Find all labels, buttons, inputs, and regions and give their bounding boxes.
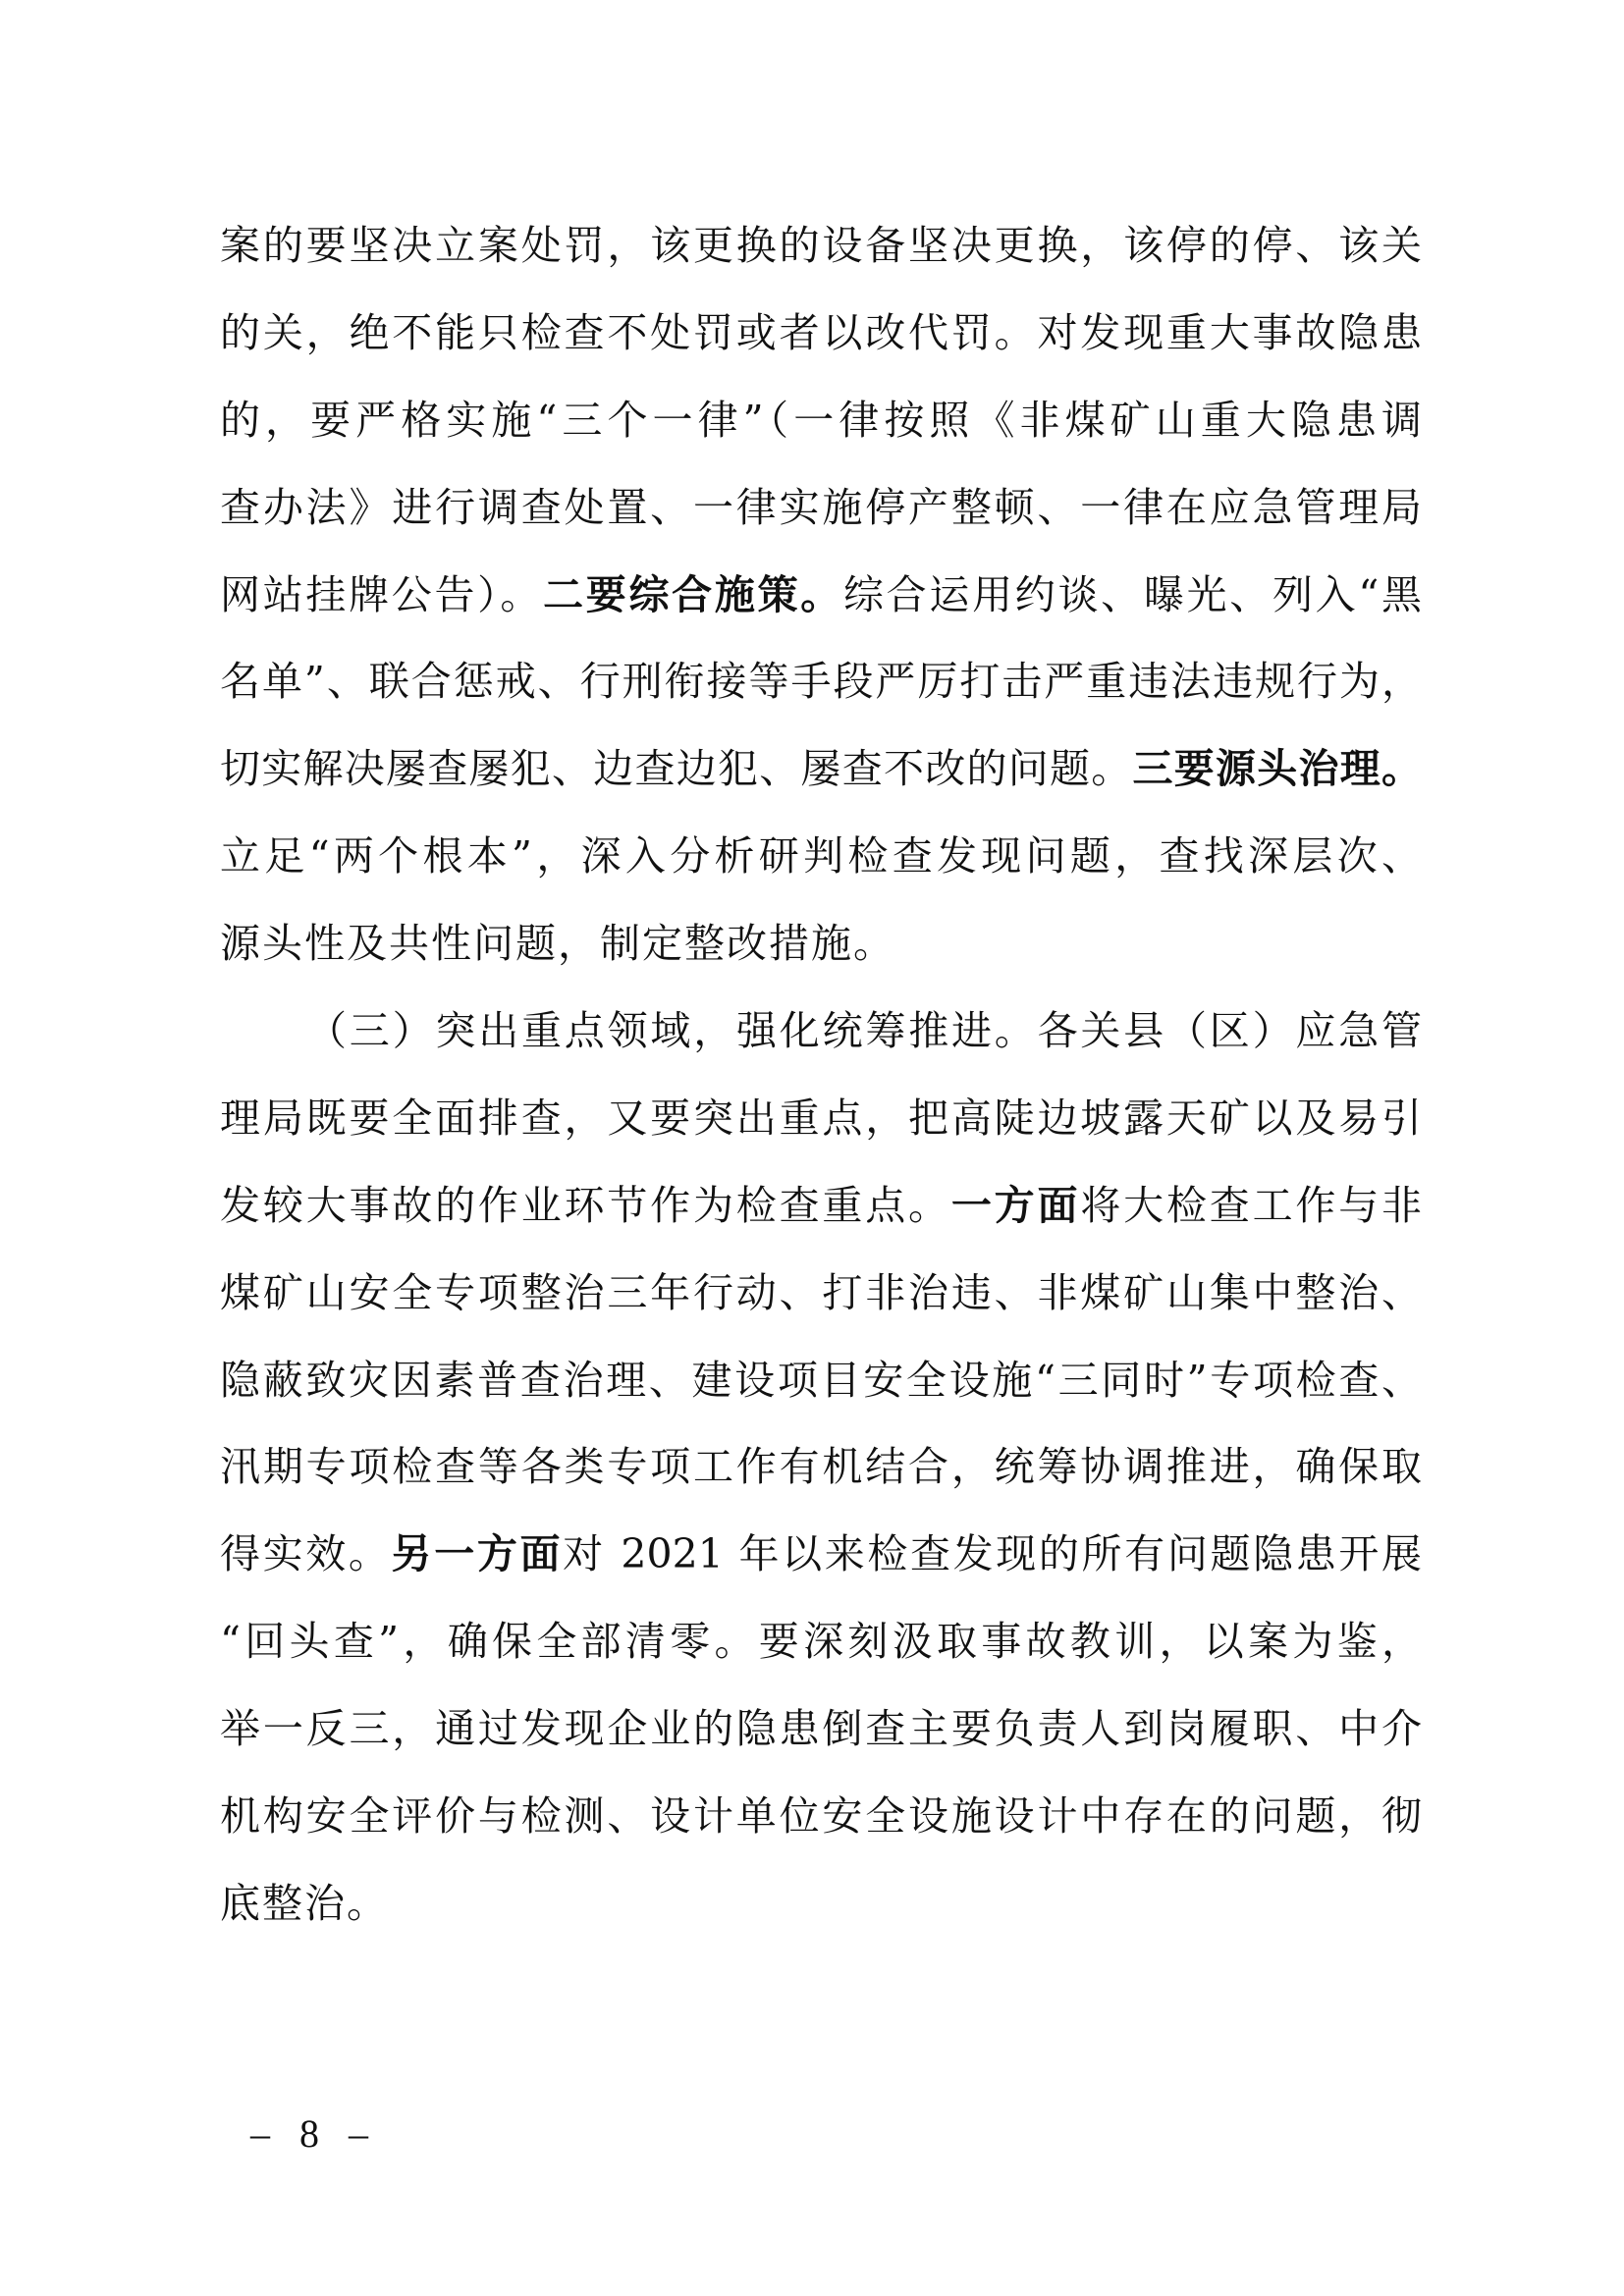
text-line: 得实效。另一方面对 2021 年以来检查发现的所有问题隐患开展 xyxy=(220,1511,1422,1598)
text-run: 的，要严格实施“三个一律”（一律按照《非煤矿山重大隐患调 xyxy=(220,397,1422,444)
text-line: 立足“两个根本”，深入分析研判检查发现问题，查找深层次、 xyxy=(220,813,1422,900)
text-line: 举一反三，通过发现企业的隐患倒查主要负责人到岗履职、中介 xyxy=(220,1685,1422,1773)
text-line: 理局既要全面排查，又要突出重点，把高陡边坡露天矿以及易引 xyxy=(220,1075,1422,1162)
text-line: 名单”、联合惩戒、行刑衔接等手段严厉打击严重违法违规行为， xyxy=(220,638,1422,725)
text-run: “回头查”，确保全部清零。要深刻汲取事故教训，以案为鉴， xyxy=(220,1618,1422,1665)
text-run: 案的要坚决立案处罚，该更换的设备坚决更换，该停的停、该关 xyxy=(220,222,1422,269)
text-run: 得实效。 xyxy=(220,1530,392,1577)
text-line: 发较大事故的作业环节作为检查重点。一方面将大检查工作与非 xyxy=(220,1162,1422,1250)
document-page: 案的要坚决立案处罚，该更换的设备坚决更换，该停的停、该关的关，绝不能只检查不处罚… xyxy=(0,0,1624,2296)
text-run: 综合运用约谈、曝光、列入“黑 xyxy=(843,571,1422,618)
text-run: 网站挂牌公告）。 xyxy=(220,571,543,618)
bold-phrase: 二要综合施策。 xyxy=(543,571,843,618)
text-run: 名单”、联合惩戒、行刑衔接等手段严厉打击严重违法违规行为， xyxy=(220,658,1422,705)
text-run: 发较大事故的作业环节作为检查重点。 xyxy=(220,1182,951,1229)
text-run: 切实解决屡查屡犯、边查边犯、屡查不改的问题。 xyxy=(220,745,1133,792)
text-line: 隐蔽致灾因素普查治理、建设项目安全设施“三同时”专项检查、 xyxy=(220,1337,1422,1424)
text-run: 对 2021 年以来检查发现的所有问题隐患开展 xyxy=(563,1530,1422,1577)
section-heading: （三）突出重点领域，强化统筹推进。 xyxy=(306,1007,1038,1054)
text-run: 各关县（区）应急管 xyxy=(1038,1007,1422,1054)
text-line: 的关，绝不能只检查不处罚或者以改代罚。对发现重大事故隐患 xyxy=(220,290,1422,377)
text-line: 底整治。 xyxy=(220,1860,1422,1948)
text-run: 理局既要全面排查，又要突出重点，把高陡边坡露天矿以及易引 xyxy=(220,1095,1422,1142)
text-run: 立足“两个根本”，深入分析研判检查发现问题，查找深层次、 xyxy=(220,832,1422,880)
text-run: 机构安全评价与检测、设计单位安全设施设计中存在的问题，彻 xyxy=(220,1792,1422,1840)
text-line: 案的要坚决立案处罚，该更换的设备坚决更换，该停的停、该关 xyxy=(220,202,1422,290)
page-number: – 8 – xyxy=(250,2110,378,2157)
text-line: 切实解决屡查屡犯、边查边犯、屡查不改的问题。三要源头治理。 xyxy=(220,725,1422,813)
text-run: 举一反三，通过发现企业的隐患倒查主要负责人到岗履职、中介 xyxy=(220,1705,1422,1752)
text-run: 煤矿山安全专项整治三年行动、打非治违、非煤矿山集中整治、 xyxy=(220,1269,1422,1316)
text-run: 将大检查工作与非 xyxy=(1080,1182,1422,1229)
text-line: 查办法》进行调查处置、一律实施停产整顿、一律在应急管理局 xyxy=(220,464,1422,552)
text-line: “回头查”，确保全部清零。要深刻汲取事故教训，以案为鉴， xyxy=(220,1598,1422,1685)
bold-phrase: 另一方面 xyxy=(392,1530,564,1577)
text-run: 底整治。 xyxy=(220,1880,389,1927)
body-text: 案的要坚决立案处罚，该更换的设备坚决更换，该停的停、该关的关，绝不能只检查不处罚… xyxy=(220,202,1422,1948)
text-run: 源头性及共性问题，制定整改措施。 xyxy=(220,920,895,967)
text-line: 网站挂牌公告）。二要综合施策。综合运用约谈、曝光、列入“黑 xyxy=(220,552,1422,639)
text-line: 机构安全评价与检测、设计单位安全设施设计中存在的问题，彻 xyxy=(220,1773,1422,1860)
bold-phrase: 一方面 xyxy=(951,1182,1080,1229)
text-line: 煤矿山安全专项整治三年行动、打非治违、非煤矿山集中整治、 xyxy=(220,1250,1422,1337)
text-line: 的，要严格实施“三个一律”（一律按照《非煤矿山重大隐患调 xyxy=(220,377,1422,464)
bold-phrase: 三要源头治理。 xyxy=(1133,745,1423,792)
text-run: 汛期专项检查等各类专项工作有机结合，统筹协调推进，确保取 xyxy=(220,1443,1422,1490)
text-run: 隐蔽致灾因素普查治理、建设项目安全设施“三同时”专项检查、 xyxy=(220,1357,1422,1404)
text-line: （三）突出重点领域，强化统筹推进。各关县（区）应急管 xyxy=(220,988,1422,1075)
text-line: 源头性及共性问题，制定整改措施。 xyxy=(220,900,1422,988)
text-run: 的关，绝不能只检查不处罚或者以改代罚。对发现重大事故隐患 xyxy=(220,309,1422,356)
text-run: 查办法》进行调查处置、一律实施停产整顿、一律在应急管理局 xyxy=(220,484,1422,531)
text-line: 汛期专项检查等各类专项工作有机结合，统筹协调推进，确保取 xyxy=(220,1423,1422,1511)
